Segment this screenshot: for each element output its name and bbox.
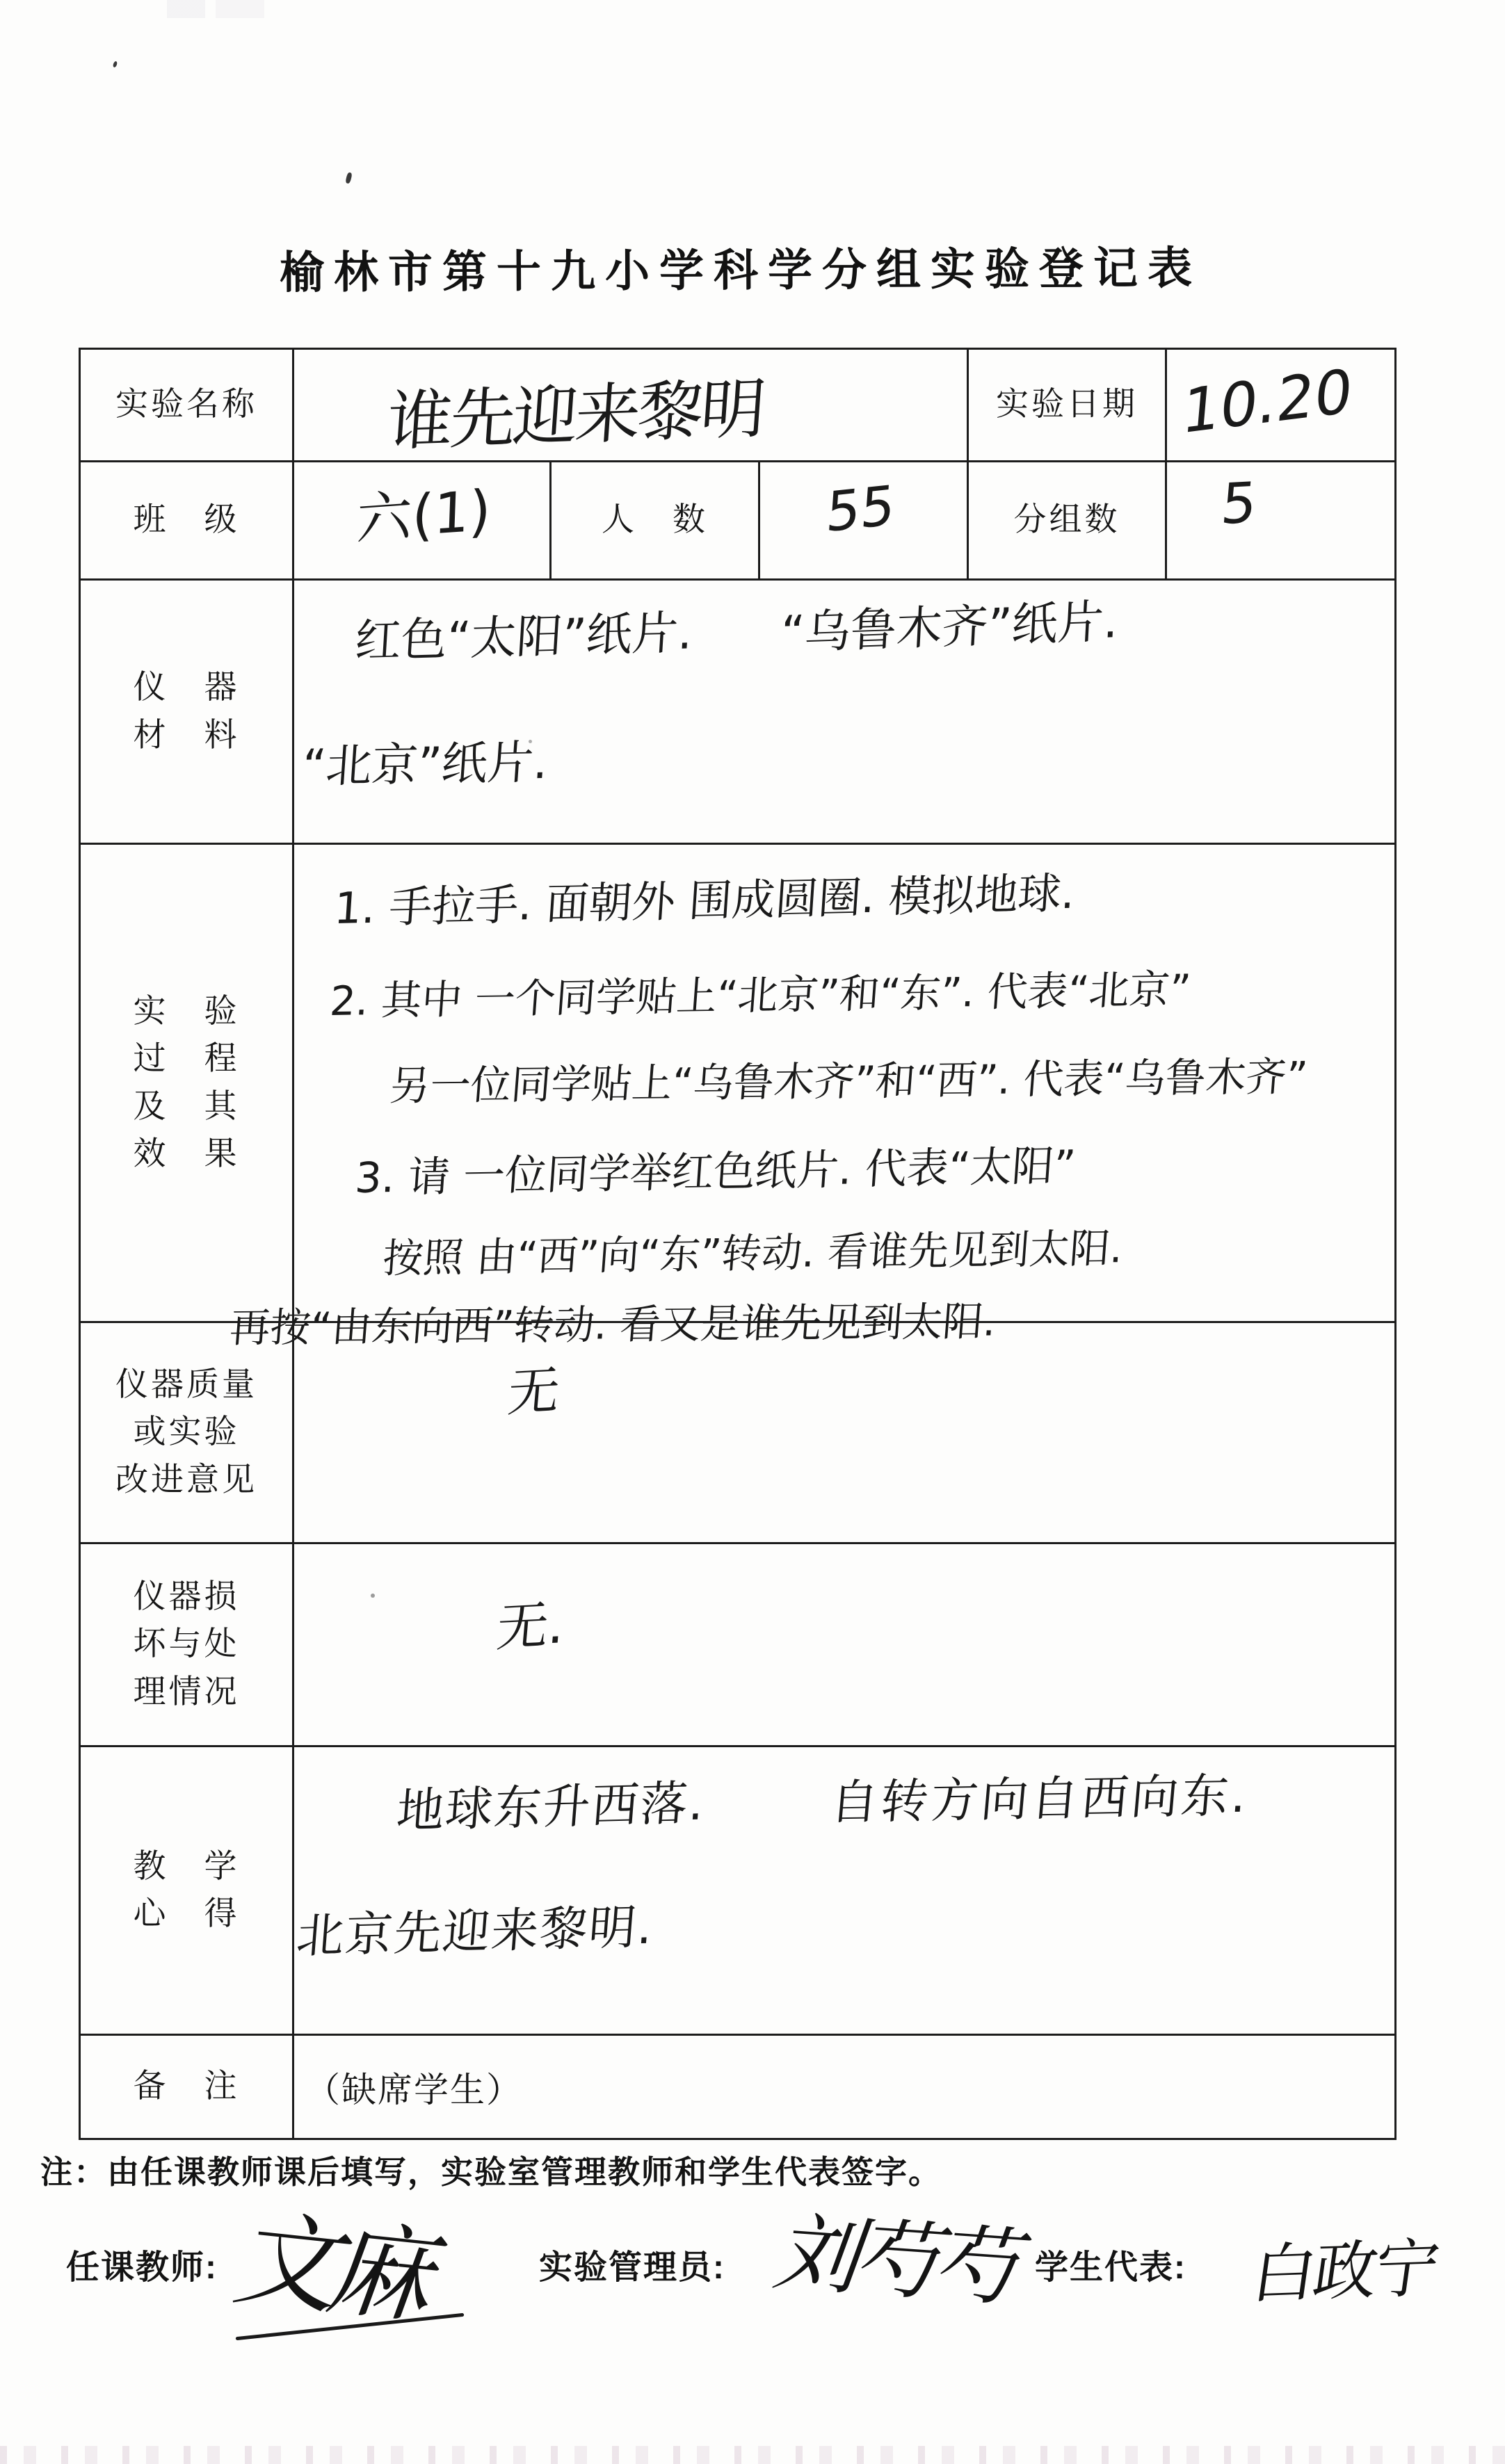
teaching-reflection-label: 教 学 心 得 bbox=[81, 1747, 294, 2036]
manager-signature-label: 实验管理员: bbox=[539, 2240, 725, 2288]
process-line-2: 2. 其中 一个同学贴上“北京”和“东”. 代表“北京” bbox=[328, 957, 1193, 1027]
quality-opinion-label: 仪器质量 或实验 改进意见 bbox=[81, 1323, 294, 1544]
class-handwritten: 六(1) bbox=[355, 465, 492, 555]
scan-smudge bbox=[167, 0, 264, 18]
remark-label: 备 注 bbox=[81, 2036, 294, 2138]
damage-handling-handwritten: 无. bbox=[494, 1584, 568, 1662]
class-label: 班 级 bbox=[81, 462, 294, 581]
group-count-label: 分组数 bbox=[969, 462, 1167, 581]
ink-speck bbox=[113, 60, 118, 67]
remark-value: （缺席学生） bbox=[305, 2062, 522, 2112]
quality-opinion-handwritten: 无 bbox=[505, 1349, 563, 1427]
experiment-date-label: 实验日期 bbox=[969, 350, 1167, 462]
process-line-6: 再按“由东向西”转动. 看又是谁先见到太阳. bbox=[228, 1288, 999, 1354]
scanned-form-page: 榆林市第十九小学科学分组实验登记表 实验名称 谁先迎来黎明 实验日期 10.20… bbox=[0, 0, 1505, 2464]
experiment-name-cell: 谁先迎来黎明 bbox=[294, 350, 969, 462]
reflection-line-1b: 自转方向自西向东. bbox=[828, 1758, 1253, 1833]
quality-opinion-cell: 无 bbox=[294, 1323, 1394, 1544]
damage-handling-cell: 无. bbox=[294, 1544, 1394, 1747]
student-count-label: 人 数 bbox=[552, 462, 760, 581]
experiment-date-cell: 10.20 bbox=[1167, 350, 1394, 462]
experiment-date-handwritten: 10.20 bbox=[1180, 356, 1355, 448]
student-count-cell: 55 bbox=[760, 462, 969, 581]
process-line-5: 按照 由“西”向“东”转动. 看谁先见到太阳. bbox=[381, 1215, 1125, 1284]
teaching-reflection-cell: 地球东升西落. 自转方向自西向东. 北京先迎来黎明. bbox=[294, 1747, 1394, 2036]
group-count-handwritten: 5 bbox=[1218, 470, 1259, 537]
experiment-name-label: 实验名称 bbox=[81, 350, 294, 462]
equipment-entry-line1b: “乌鲁木齐”纸片. bbox=[780, 584, 1120, 662]
manager-signature: 刘芍芍 bbox=[763, 2186, 1043, 2321]
class-cell: 六(1) bbox=[294, 462, 552, 581]
reflection-line-2: 北京先迎来黎明. bbox=[294, 1889, 657, 1966]
damage-handling-label: 仪器损 坏与处 理情况 bbox=[81, 1544, 294, 1747]
process-line-3: 另一位同学贴上“乌鲁木齐”和“西”. 代表“乌鲁木齐” bbox=[388, 1044, 1310, 1112]
equipment-entry-line1a: 红色“太阳”纸片. bbox=[353, 595, 695, 670]
registration-table: 实验名称 谁先迎来黎明 实验日期 10.20 班 级 六(1) 人 数 55 分… bbox=[79, 348, 1397, 2140]
process-cell: 1. 手拉手. 面朝外 围成圆圈. 模拟地球. 2. 其中 一个同学贴上“北京”… bbox=[294, 845, 1394, 1323]
equipment-cell: 红色“太阳”纸片. “乌鲁木齐”纸片. “北京”纸片. bbox=[294, 581, 1394, 845]
teacher-signature-label: 任课教师: bbox=[66, 2240, 218, 2288]
process-line-1: 1. 手拉手. 面朝外 围成圆圈. 模拟地球. bbox=[332, 859, 1077, 936]
equipment-label: 仪 器 材 料 bbox=[81, 581, 294, 845]
scan-artifact-strip bbox=[0, 2446, 1505, 2464]
student-signature: 白政宁 bbox=[1247, 2216, 1444, 2315]
ink-speck bbox=[345, 172, 353, 184]
page-title: 榆林市第十九小学科学分组实验登记表 bbox=[280, 233, 1156, 302]
student-signature-label: 学生代表: bbox=[1035, 2240, 1186, 2288]
remark-cell: （缺席学生） bbox=[294, 2036, 1394, 2138]
experiment-name-handwritten: 谁先迎来黎明 bbox=[385, 356, 766, 463]
process-line-4: 3. 请 一位同学举红色纸片. 代表“太阳” bbox=[353, 1133, 1078, 1205]
reflection-line-1a: 地球东升西落. bbox=[394, 1765, 708, 1841]
group-count-cell: 5 bbox=[1167, 462, 1394, 581]
process-label: 实 验 过 程 及 其 效 果 bbox=[81, 845, 294, 1323]
student-count-handwritten: 55 bbox=[824, 474, 897, 545]
equipment-entry-line2: “北京”纸片. bbox=[300, 725, 551, 795]
